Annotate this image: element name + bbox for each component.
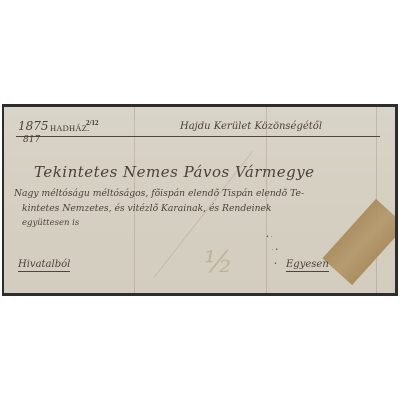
fold-line	[266, 107, 267, 293]
ink-dots: • ·	[266, 234, 272, 240]
postmark-town: HADHÁZ.	[50, 123, 89, 133]
ink-dots: •	[274, 261, 277, 267]
address-line-1: Nagy méltóságu méltóságos, fõispán elend…	[14, 188, 304, 199]
address-line-2: kintetes Nemzetes, és vitézlõ Karainak, …	[22, 203, 272, 214]
postmark-date: 2/12	[86, 119, 98, 127]
wax-seal-patch	[322, 199, 395, 285]
fold-line	[134, 107, 135, 293]
sender-line: Hajdu Kerület Közönségétől	[180, 121, 322, 132]
letter-paper: 1875 HADHÁZ. 2/12 817 Hajdu Kerület Közö…	[4, 107, 395, 293]
footer-left-note: Hivatalból	[18, 259, 70, 272]
address-line-3: együttesen is	[22, 218, 79, 228]
reference-number: 817	[23, 135, 40, 145]
address-heading: Tekintetes Nemes Pávos Vármegye	[34, 163, 315, 181]
ink-dots: · •	[272, 247, 278, 253]
postmark-year: 1875	[18, 119, 49, 133]
footer-right-note: Egyesen	[286, 259, 329, 272]
underline-rule	[16, 136, 380, 137]
fraction-mark: ½	[204, 245, 233, 280]
